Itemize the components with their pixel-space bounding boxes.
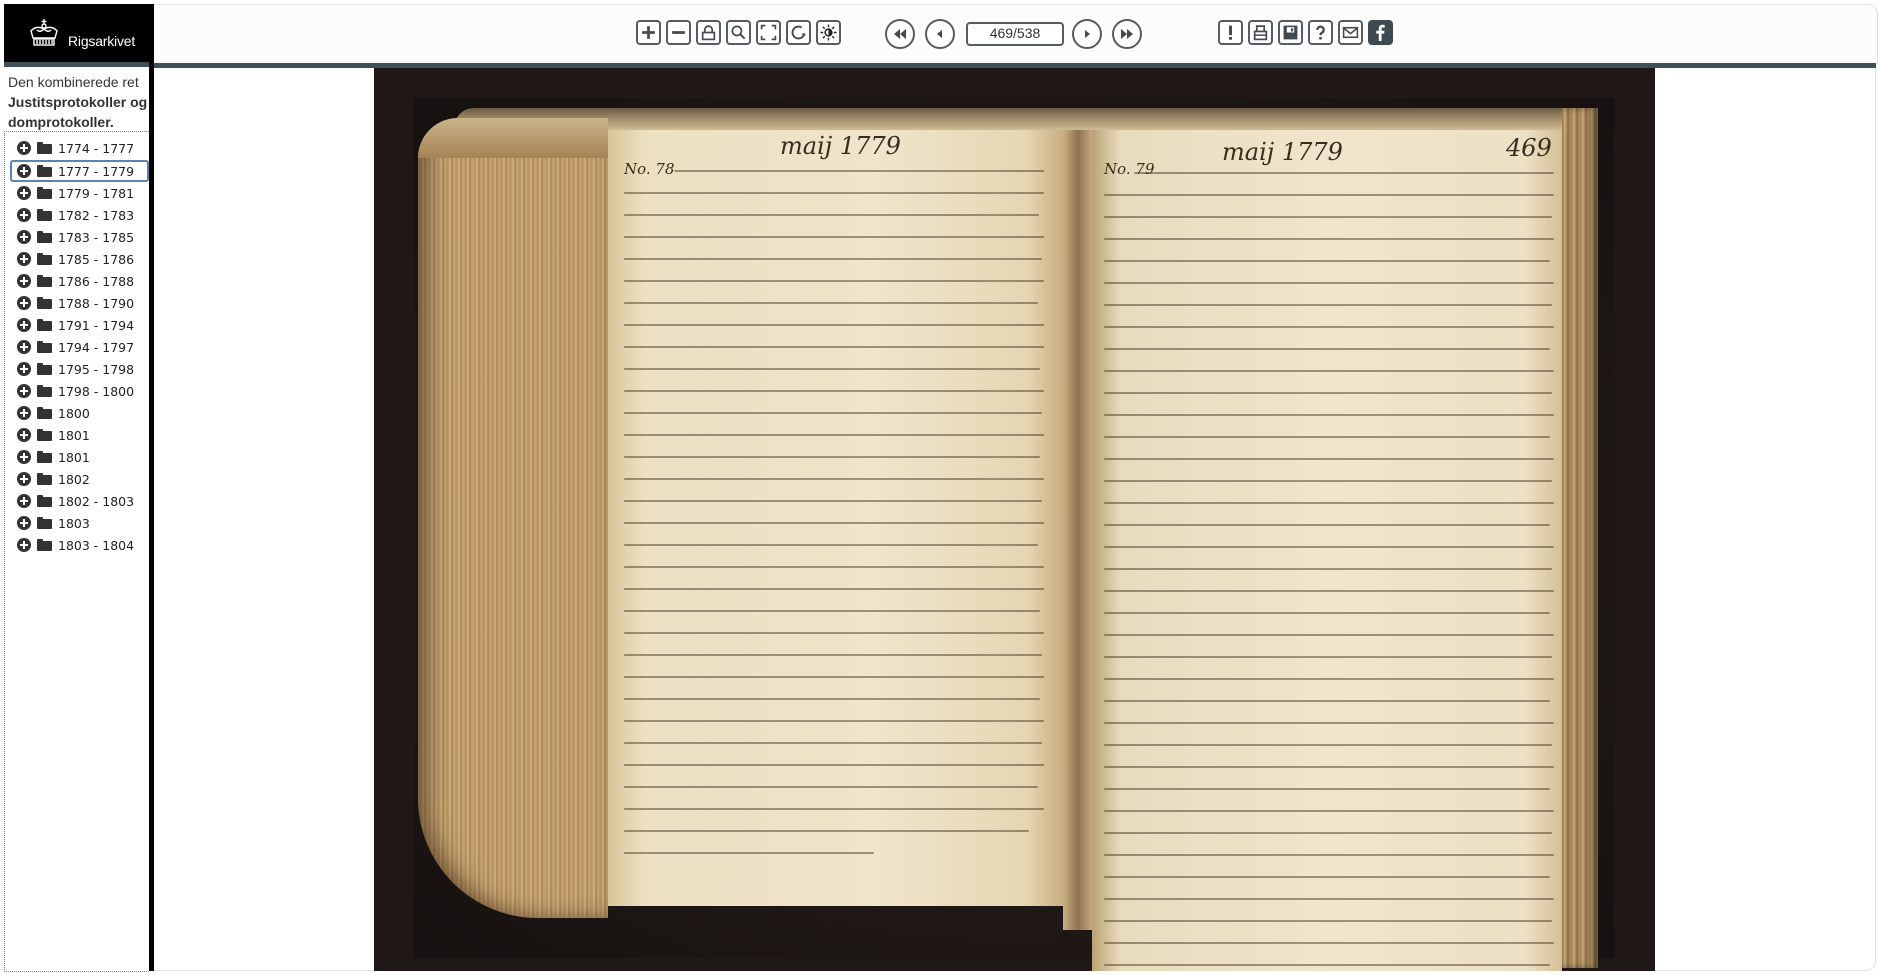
help-button[interactable] [1308, 20, 1333, 45]
right-entry-number: No. 79 [1104, 160, 1155, 178]
expand-icon[interactable] [17, 274, 31, 288]
book-top-edge [454, 108, 1594, 132]
tree-item[interactable]: 1791 - 1794 [17, 315, 134, 335]
tree-item-selected[interactable]: 1777 - 1779 [10, 160, 149, 182]
expand-icon[interactable] [17, 384, 31, 398]
right-page [1092, 130, 1562, 971]
tree-item[interactable]: 1801 [17, 447, 90, 467]
tree-item[interactable]: 1788 - 1790 [17, 293, 134, 313]
tree-item[interactable]: 1802 [17, 469, 90, 489]
tree-item[interactable]: 1779 - 1781 [17, 183, 134, 203]
brand-underbar [4, 62, 149, 67]
folder-icon [37, 539, 52, 551]
tree-item[interactable]: 1798 - 1800 [17, 381, 134, 401]
previous-page-button[interactable] [925, 19, 955, 49]
expand-icon[interactable] [17, 318, 31, 332]
tree-item[interactable]: 1801 [17, 425, 90, 445]
folder-icon [37, 473, 52, 485]
tree-item[interactable]: 1785 - 1786 [17, 249, 134, 269]
left-page-header: maij 1779 [780, 132, 901, 160]
book-gutter [1063, 130, 1093, 930]
lock-view-button[interactable] [696, 20, 721, 45]
save-button[interactable] [1278, 20, 1303, 45]
facebook-icon [1372, 24, 1389, 41]
next-icon [1080, 29, 1094, 39]
folder-icon [37, 407, 52, 419]
expand-icon[interactable] [17, 186, 31, 200]
tree-item[interactable]: 1774 - 1777 [17, 138, 134, 158]
tree-item[interactable]: 1783 - 1785 [17, 227, 134, 247]
folder-icon [37, 517, 52, 529]
report-error-button[interactable] [1218, 20, 1243, 45]
facebook-share-button[interactable] [1368, 20, 1393, 45]
expand-icon[interactable] [17, 538, 31, 552]
expand-icon[interactable] [17, 494, 31, 508]
brand-header[interactable]: Rigsarkivet [4, 4, 149, 66]
expand-icon[interactable] [17, 516, 31, 530]
fast-backward-icon [893, 29, 907, 39]
brightness-icon [820, 24, 837, 41]
folder-icon [37, 319, 52, 331]
folder-icon [37, 275, 52, 287]
tree-item[interactable]: 1802 - 1803 [17, 491, 134, 511]
right-page-header: maij 1779 [1222, 138, 1343, 166]
folder-icon [37, 209, 52, 221]
folder-icon [37, 385, 52, 397]
expand-icon[interactable] [17, 450, 31, 464]
magnifier-icon [730, 24, 747, 41]
folio-number: 469 [1506, 134, 1552, 162]
expand-icon[interactable] [17, 164, 31, 178]
expand-icon[interactable] [17, 230, 31, 244]
viewer-toolbar: 469/538 [154, 4, 1878, 64]
folder-icon [37, 297, 52, 309]
crown-icon [28, 18, 60, 48]
left-page [608, 130, 1063, 906]
archive-scan-image[interactable]: maij 1779 maij 1779 469 No. 78 No. 79 [374, 68, 1655, 971]
expand-icon[interactable] [17, 208, 31, 222]
rotate-button[interactable] [786, 20, 811, 45]
folder-icon [37, 451, 52, 463]
collection-title-line1: Den kombinerede ret [8, 72, 150, 92]
folder-icon [37, 165, 52, 177]
mail-icon [1342, 24, 1359, 41]
print-icon [1252, 24, 1269, 41]
collection-title-line2: Justitsprotokoller og [8, 92, 150, 112]
left-entry-number: No. 78 [624, 160, 675, 178]
expand-icon[interactable] [17, 141, 31, 155]
last-page-button[interactable] [1112, 19, 1142, 49]
plus-icon [640, 24, 657, 41]
next-page-button[interactable] [1072, 19, 1102, 49]
expand-icon[interactable] [17, 428, 31, 442]
question-icon [1312, 24, 1329, 41]
tree-item[interactable]: 1795 - 1798 [17, 359, 134, 379]
exclamation-icon [1222, 24, 1239, 41]
tree-item[interactable]: 1803 [17, 513, 90, 533]
tree-item[interactable]: 1800 [17, 403, 90, 423]
lock-icon [700, 24, 717, 41]
book-left-fore-edge [418, 118, 608, 918]
fullscreen-button[interactable] [756, 20, 781, 45]
brand-name: Rigsarkivet [68, 33, 135, 49]
expand-icon[interactable] [17, 340, 31, 354]
folder-icon [37, 429, 52, 441]
minus-icon [670, 24, 687, 41]
first-page-button[interactable] [885, 19, 915, 49]
email-button[interactable] [1338, 20, 1363, 45]
book-right-fore-edge [1562, 108, 1598, 968]
tree-item[interactable]: 1803 - 1804 [17, 535, 134, 555]
tree-item[interactable]: 1786 - 1788 [17, 271, 134, 291]
fast-forward-icon [1120, 29, 1134, 39]
zoom-in-button[interactable] [636, 20, 661, 45]
brightness-button[interactable] [816, 20, 841, 45]
search-button[interactable] [726, 20, 751, 45]
folder-icon [37, 142, 52, 154]
expand-icon[interactable] [17, 472, 31, 486]
folder-icon [37, 253, 52, 265]
expand-icon[interactable] [17, 296, 31, 310]
collection-title-line3: domprotokoller. [8, 112, 150, 132]
folder-icon [37, 341, 52, 353]
volume-tree: 1774 - 1777 1777 - 1779 1779 - 1781 1782… [4, 131, 149, 972]
folder-icon [37, 363, 52, 375]
fullscreen-icon [760, 24, 777, 41]
prev-icon [933, 29, 947, 39]
collection-title: Den kombinerede ret Justitsprotokoller o… [8, 72, 150, 132]
folder-icon [37, 231, 52, 243]
tree-item[interactable]: 1794 - 1797 [17, 337, 134, 357]
expand-icon[interactable] [17, 252, 31, 266]
folder-icon [37, 495, 52, 507]
save-icon [1282, 24, 1299, 41]
tree-item[interactable]: 1782 - 1783 [17, 205, 134, 225]
sidebar: Rigsarkivet Den kombinerede ret Justitsp… [0, 0, 152, 975]
page-number-input[interactable]: 469/538 [966, 22, 1064, 46]
rotate-icon [790, 24, 807, 41]
expand-icon[interactable] [17, 406, 31, 420]
print-button[interactable] [1248, 20, 1273, 45]
expand-icon[interactable] [17, 362, 31, 376]
zoom-out-button[interactable] [666, 20, 691, 45]
folder-icon [37, 187, 52, 199]
